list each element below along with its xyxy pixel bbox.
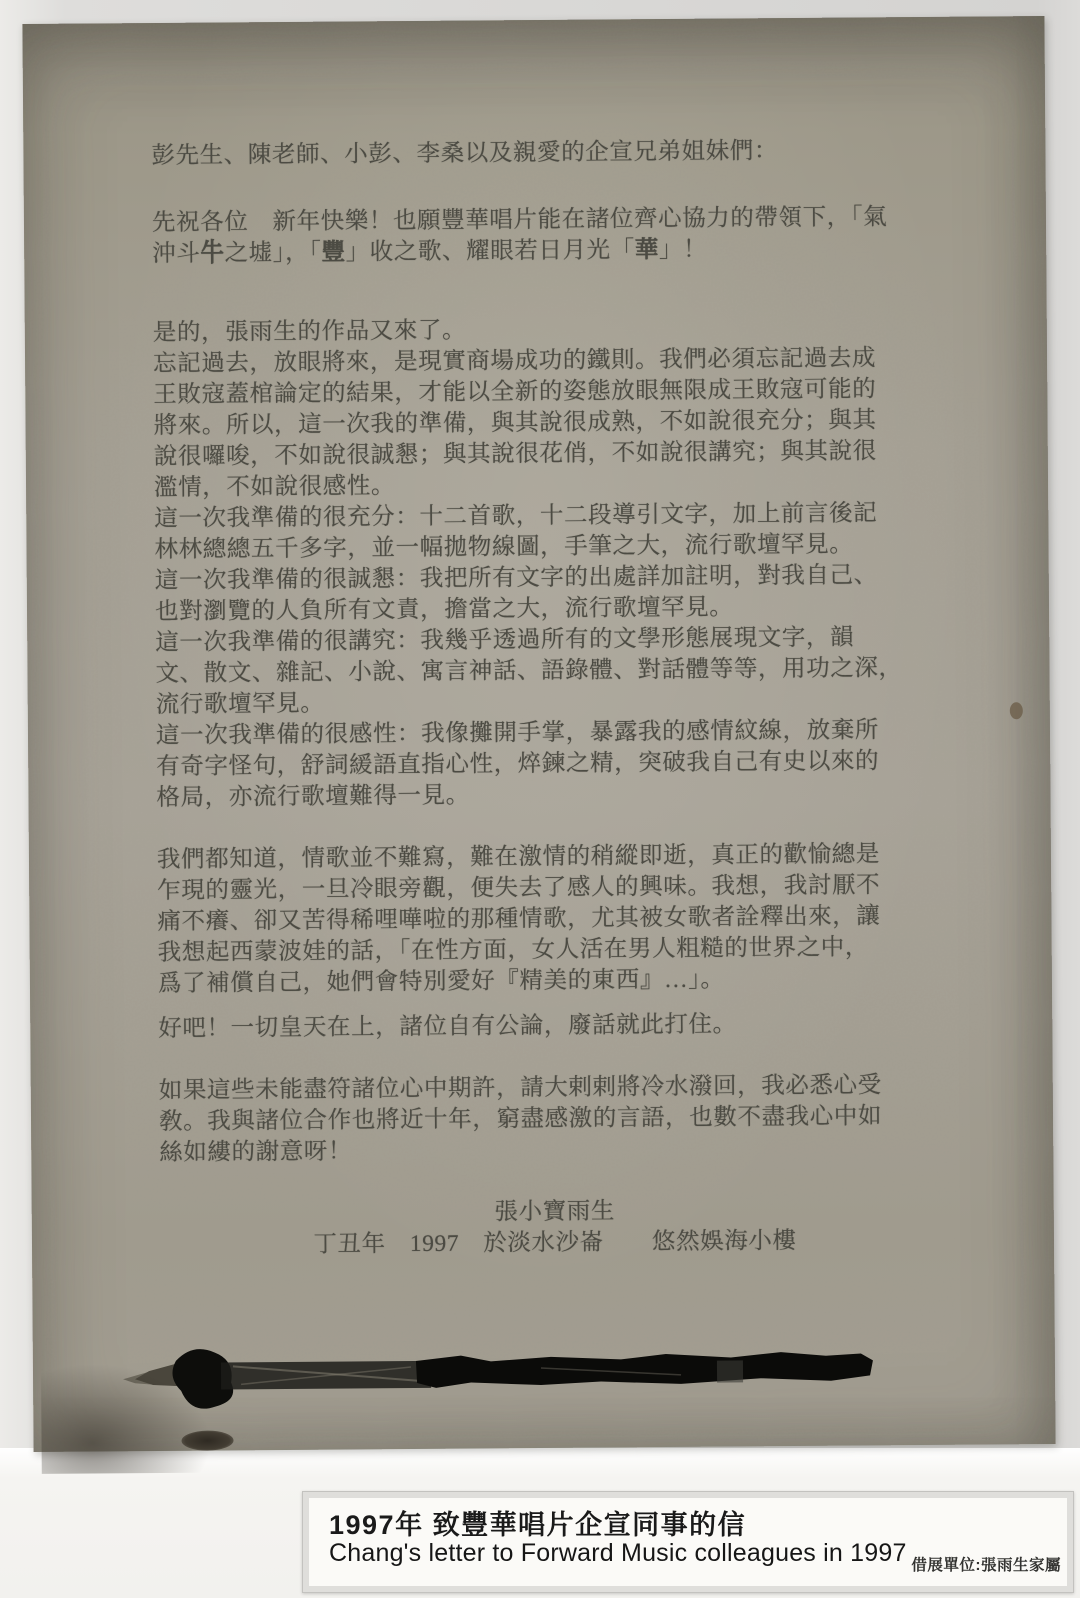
letter-line: 這一次我準備的很誠懇：我把所有文字的出處詳加註明，對我自己、: [155, 560, 945, 597]
seal-script-hua: 華: [635, 237, 659, 263]
thanks-paragraph: 如果這些未能盡符諸位心中期許，請大剌剌將冷水潑回，我必悉心受 敎。我與諸位合作也…: [159, 1070, 950, 1169]
letter-line: 說很囉唆，不如說很誠懇；與其說很花俏，不如說很講究；與其說很: [154, 436, 944, 473]
ink-gap: [717, 1360, 743, 1382]
signature-dateline: 丁丑年 1997 於淡水沙崙 悠然娛海小樓: [160, 1225, 950, 1262]
signature-block: 張小寶雨生 丁丑年 1997 於淡水沙崙 悠然娛海小樓: [160, 1194, 950, 1262]
paragraph-gap: [152, 264, 942, 318]
paper-edge-stain: [181, 1430, 233, 1450]
ink-bar: [416, 1351, 873, 1388]
greeting-text: 」收之歌、耀眼若日月光「: [346, 237, 635, 265]
seal-script-niu: 牛: [200, 237, 224, 272]
paragraph-gap: [152, 166, 942, 208]
paper-corner-shadow: [41, 1363, 212, 1474]
greeting-paragraph: 先祝各位 新年快樂！也願豐華唱片能在諸位齊心協力的帶領下，「氣 沖斗牛之墟」，「…: [152, 202, 942, 270]
letter-body: 彭先生、陳老師、小彭、李桑以及親愛的企宣兄弟姐妹們： 先祝各位 新年快樂！也願豐…: [151, 135, 950, 1262]
caption-title-en: Chang's letter to Forward Music colleagu…: [329, 1539, 907, 1568]
letter-line: 文、散文、雜記、小說、寓言神話、語錄體、對話體等等，用功之深，: [155, 653, 945, 690]
caption-lender-credit: 借展單位:張雨生家屬: [911, 1553, 1061, 1575]
letter-line: 有奇字怪句，舒詞緩語直指心性，焠鍊之精，突破我自己有史以來的: [156, 746, 946, 783]
greeting-text: 之墟」，「: [224, 240, 321, 267]
letter-line: 我想起西蒙波娃的話，「在性方面，女人活在男人粗糙的世界之中，: [158, 932, 948, 969]
ink-redaction-smear: [121, 1327, 902, 1425]
love-song-paragraph: 我們都知道，情歌並不難寫，難在激情的稍縱即逝，真正的歡愉總是 乍現的靈光，一旦冷…: [157, 839, 948, 1000]
main-paragraph: 是的，張雨生的作品又來了。 忘記過去，放眼將來，是現實商場成功的鐵則。我們必須忘…: [153, 312, 947, 814]
greeting-text: 」！: [659, 237, 707, 263]
paper-stain-speck: [1010, 702, 1023, 719]
seal-script-feng: 豐: [321, 240, 345, 266]
caption-plaque: 1997年 致豐華唱片企宣同事的信 Chang's letter to Forw…: [302, 1491, 1074, 1593]
letter-line: 敎。我與諸位合作也將近十年，窮盡感激的言語，也數不盡我心中如: [159, 1101, 949, 1138]
caption-title-zh: 1997年 致豐華唱片企宣同事的信: [329, 1503, 746, 1542]
letter-line: 先祝各位 新年快樂！也願豐華唱片能在諸位齊心協力的帶領下，「氣: [152, 202, 942, 239]
greeting-text: 沖斗: [152, 241, 200, 267]
letter-paper: 彭先生、陳老師、小彭、李桑以及親愛的企宣兄弟姐妹們： 先祝各位 新年快樂！也願豐…: [22, 16, 1055, 1452]
